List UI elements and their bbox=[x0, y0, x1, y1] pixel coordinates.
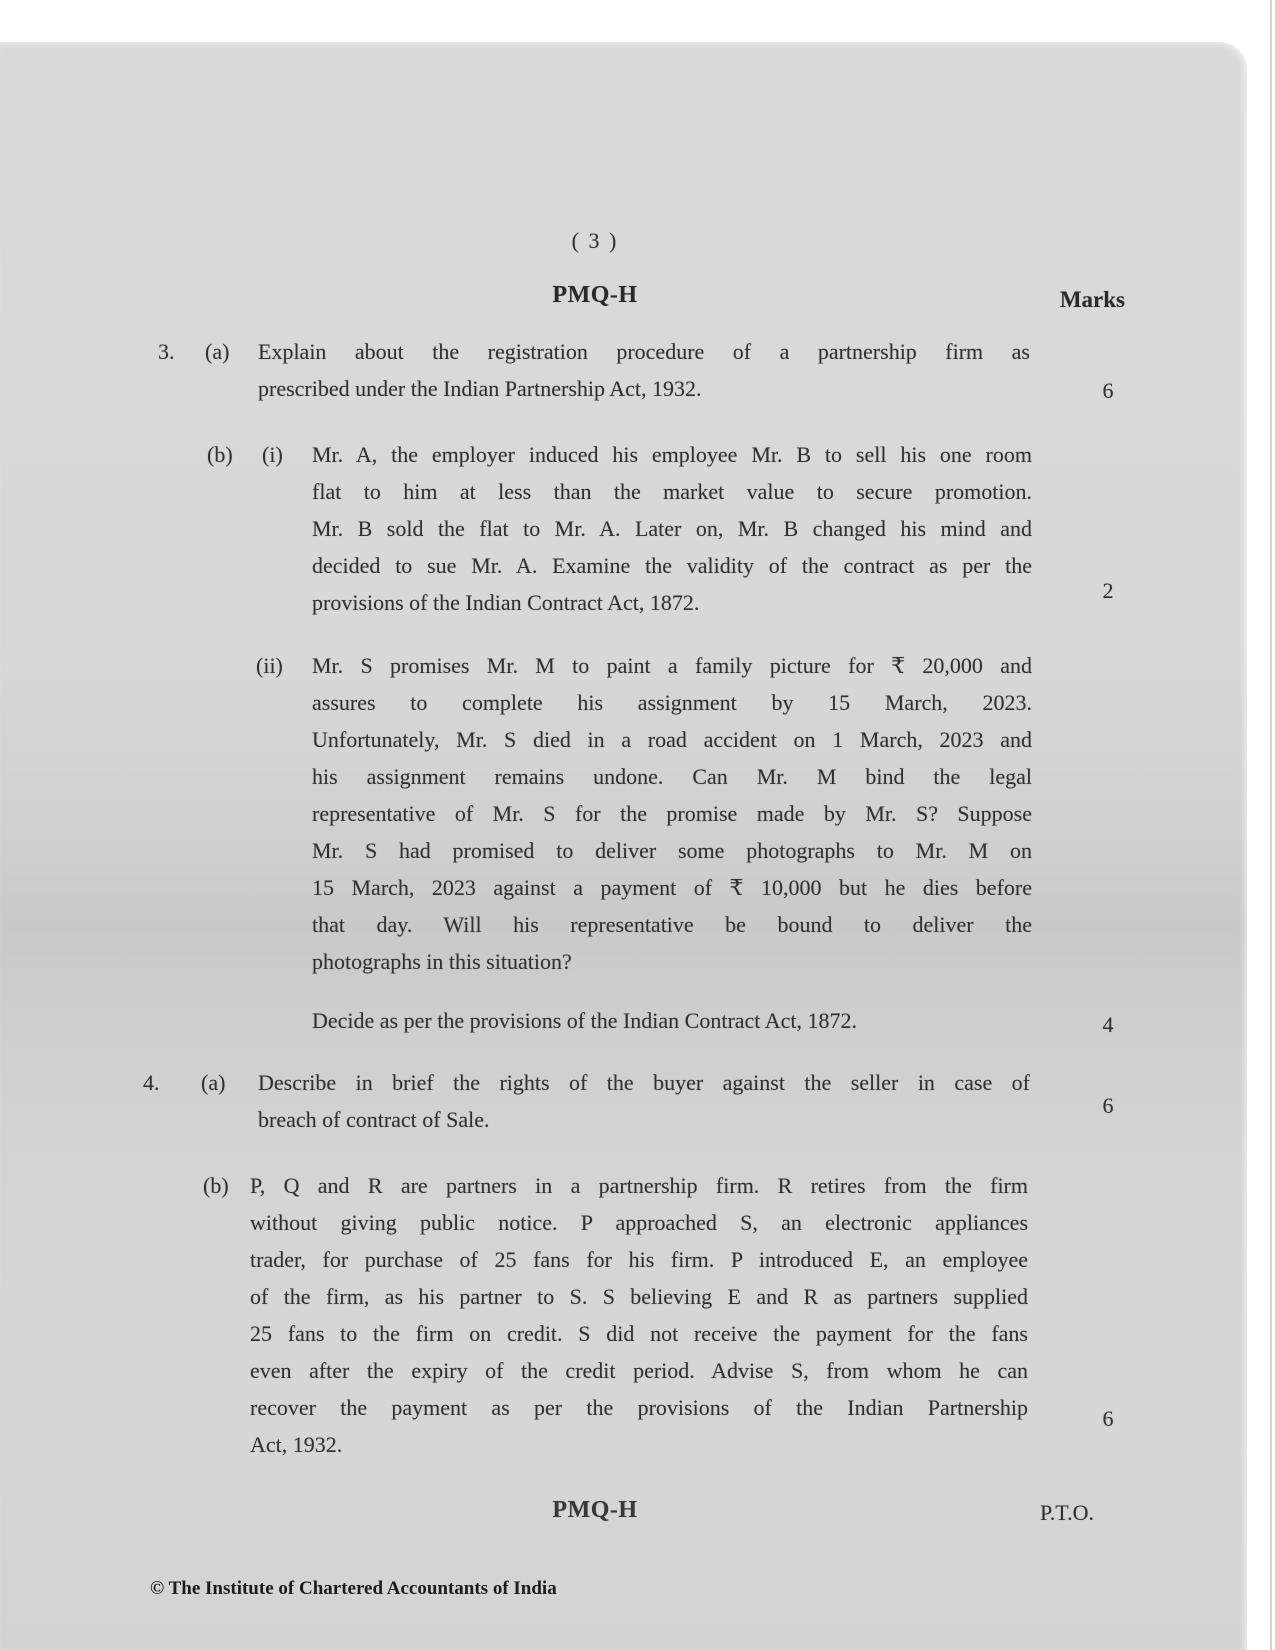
paper-code-header: PMQ-H bbox=[0, 277, 1190, 314]
text-line: prescribed under the Indian Partnership … bbox=[258, 370, 1030, 407]
text-line: Act, 1932. bbox=[250, 1426, 1028, 1463]
text-line: flat to him at less than the market valu… bbox=[312, 473, 1032, 510]
scanned-exam-page: { "page": { "page_number": "( 3 )", "hea… bbox=[0, 0, 1275, 1650]
question-3b-ii-marks: 4 bbox=[1093, 1006, 1123, 1043]
text-line: provisions of the Indian Contract Act, 1… bbox=[312, 584, 1032, 621]
question-3b-ii-label: (ii) bbox=[256, 647, 308, 684]
question-4b-text: P, Q and R are partners in a partnership… bbox=[250, 1167, 1028, 1463]
question-4a-marks: 6 bbox=[1093, 1087, 1123, 1124]
question-3b-label: (b) bbox=[207, 436, 259, 473]
text-line: 25 fans to the firm on credit. S did not… bbox=[250, 1315, 1028, 1352]
text-line: trader, for purchase of 25 fans for his … bbox=[250, 1241, 1028, 1278]
text-line: his assignment remains undone. Can Mr. M… bbox=[312, 758, 1032, 795]
copyright-notice: © The Institute of Chartered Accountants… bbox=[150, 1577, 557, 1601]
paper-code-footer: PMQ-H bbox=[0, 1492, 1190, 1529]
text-line: assures to complete his assignment by 15… bbox=[312, 684, 1032, 721]
question-3b-ii-text: Mr. S promises Mr. M to paint a family p… bbox=[312, 647, 1032, 980]
question-3a-marks: 6 bbox=[1093, 372, 1123, 409]
question-4a-label: (a) bbox=[201, 1064, 253, 1101]
question-4b-label: (b) bbox=[203, 1167, 255, 1204]
question-3b-i-marks: 2 bbox=[1093, 572, 1123, 609]
text-line: Mr. S promises Mr. M to paint a family p… bbox=[312, 647, 1032, 684]
text-line: that day. Will his representative be bou… bbox=[312, 906, 1032, 943]
text-line: 15 March, 2023 against a payment of ₹ 10… bbox=[312, 869, 1032, 906]
text-line: Describe in brief the rights of the buye… bbox=[258, 1064, 1030, 1101]
question-4b-marks: 6 bbox=[1093, 1400, 1123, 1437]
question-3a-label: (a) bbox=[205, 333, 257, 370]
text-line: even after the expiry of the credit peri… bbox=[250, 1352, 1028, 1389]
text-line: Mr. A, the employer induced his employee… bbox=[312, 436, 1032, 473]
text-line: Explain about the registration procedure… bbox=[258, 333, 1030, 370]
scan-edge-artifact bbox=[1270, 0, 1272, 1650]
text-line: Mr. B sold the flat to Mr. A. Later on, … bbox=[312, 510, 1032, 547]
text-line: without giving public notice. P approach… bbox=[250, 1204, 1028, 1241]
text-line: breach of contract of Sale. bbox=[258, 1101, 1030, 1138]
text-line: recover the payment as per the provision… bbox=[250, 1389, 1028, 1426]
pto-label: P.T.O. bbox=[1040, 1494, 1140, 1531]
text-line: Mr. S had promised to deliver some photo… bbox=[312, 832, 1032, 869]
question-4a-text: Describe in brief the rights of the buye… bbox=[258, 1064, 1030, 1138]
text-line: representative of Mr. S for the promise … bbox=[312, 795, 1032, 832]
question-3b-ii-closing-line: Decide as per the provisions of the Indi… bbox=[312, 1002, 1032, 1039]
text-line: of the firm, as his partner to S. S beli… bbox=[250, 1278, 1028, 1315]
page-number: ( 3 ) bbox=[0, 222, 1190, 259]
question-3b-i-label: (i) bbox=[262, 436, 314, 473]
question-4-number: 4. bbox=[143, 1064, 189, 1101]
text-line: Unfortunately, Mr. S died in a road acci… bbox=[312, 721, 1032, 758]
text-line: photographs in this situation? bbox=[312, 943, 1032, 980]
question-3b-i-text: Mr. A, the employer induced his employee… bbox=[312, 436, 1032, 621]
text-line: decided to sue Mr. A. Examine the validi… bbox=[312, 547, 1032, 584]
text-line: P, Q and R are partners in a partnership… bbox=[250, 1167, 1028, 1204]
marks-column-header: Marks bbox=[1043, 281, 1125, 318]
question-3-number: 3. bbox=[158, 333, 204, 370]
question-3a-text: Explain about the registration procedure… bbox=[258, 333, 1030, 407]
